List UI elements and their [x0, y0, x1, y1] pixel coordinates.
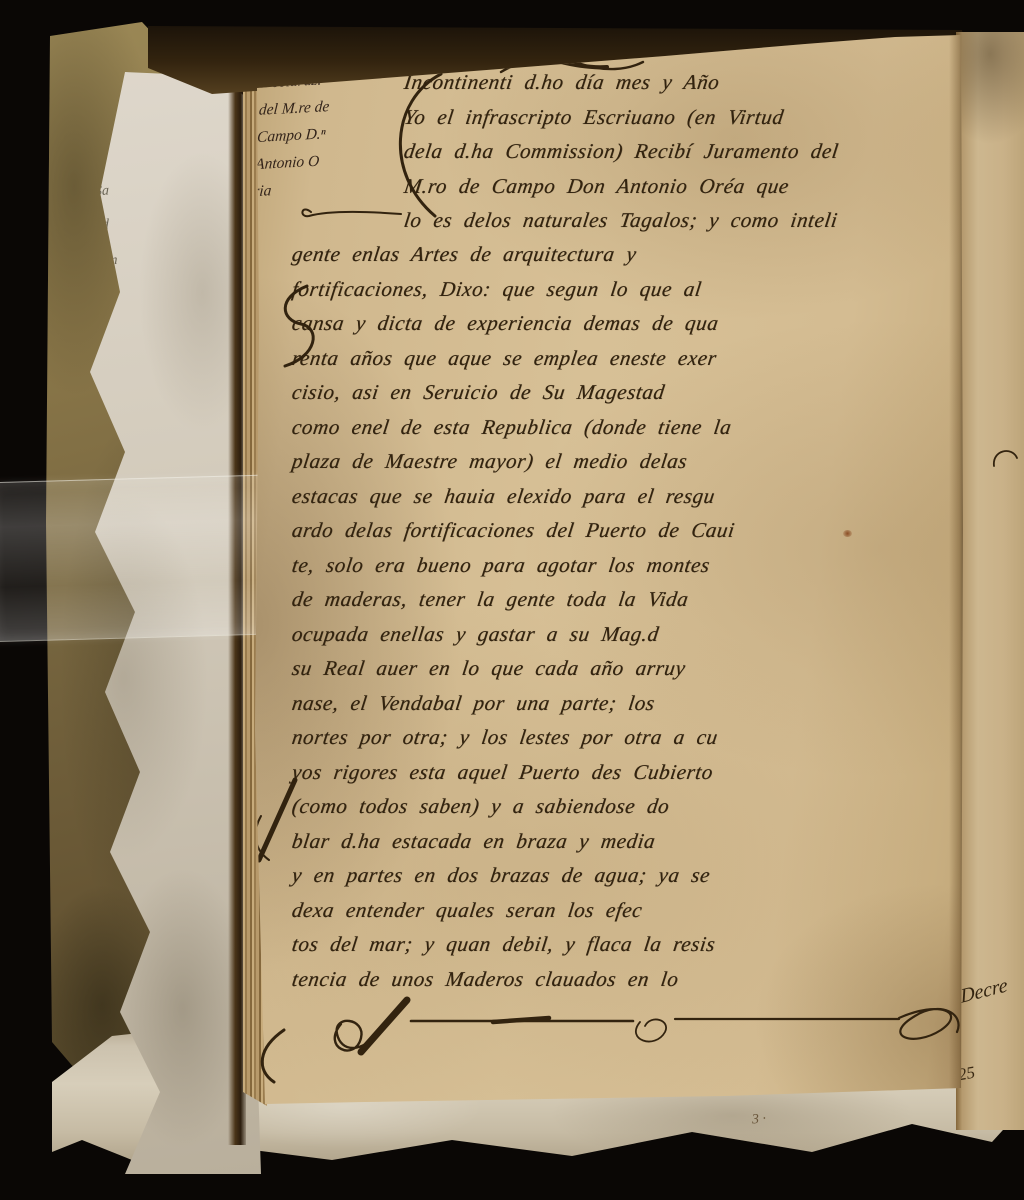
manuscript-opening: Incontinenti d.ho día mes y AñoYo el inf… [401, 70, 953, 243]
manuscript-line: te, solo era bueno para agotar los monte… [289, 553, 958, 588]
manuscript-line: ardo delas fortificaciones del Puerto de… [289, 518, 958, 553]
manuscript-line: y en partes en dos brazas de agua; ya se [289, 863, 958, 898]
manuscript-line: gente enlas Artes de arquitectura y [289, 242, 958, 277]
facing-page-word: Decre [960, 974, 1009, 1009]
manuscript-line: ocupada enellas y gastar a su Mag.d [289, 622, 958, 657]
manuscript-line: nase, el Vendabal por una parte; los [289, 691, 958, 726]
manuscript-line: lo es delos naturales Tagalos; y como in… [401, 208, 958, 243]
under-page-curl-flourish [250, 1026, 290, 1088]
manuscript-line: estacas que se hauia elexido para el res… [289, 484, 958, 519]
facing-page-edge: Decre 25 [956, 32, 1024, 1130]
manuscript-line: plaza de Maestre mayor) el medio delas [289, 449, 958, 484]
manuscript-photo: 3 · Sa Ied a Sn Decre 25 Declaraz.ⁿdel M… [0, 0, 1024, 1200]
manuscript-line: cansa y dicta de experiencia demas de qu… [289, 311, 958, 346]
manuscript-line: cisio, asi en Seruicio de Su Magestad [289, 380, 958, 415]
manuscript-body: gente enlas Artes de arquitectura yforti… [289, 242, 953, 1001]
manuscript-line: (como todos saben) y a sabiendose do [289, 794, 958, 829]
ink-curl-flourish [990, 444, 1020, 472]
manuscript-line: su Real auer en lo que cada año arruy [289, 656, 958, 691]
manuscript-line: dela d.ha Commission) Recibí Juramento d… [401, 139, 958, 174]
manuscript-line: M.ro de Campo Don Antonio Oréa que [401, 174, 958, 209]
manuscript-line: yos rigores esta aquel Puerto des Cubier… [289, 760, 958, 795]
manuscript-line: de maderas, tener la gente toda la Vida [289, 587, 958, 622]
manuscript-line: fortificaciones, Dixo: que segun lo que … [289, 277, 958, 312]
manuscript-line: renta años que aque se emplea eneste exe… [289, 346, 958, 381]
main-page: Declaraz.ⁿdel M.re deCampo D.ⁿAntonio Or… [245, 30, 965, 1110]
manuscript-line: tos del mar; y quan debil, y flaca la re… [289, 932, 958, 967]
manuscript-line: Yo el infrascripto Escriuano (en Virtud [401, 105, 958, 140]
manuscript-line: Incontinenti d.ho día mes y Año [401, 70, 958, 105]
manuscript-line: como enel de esta Republica (donde tiene… [289, 415, 958, 450]
clear-film-strip [0, 474, 296, 642]
manuscript-line: nortes por otra; y los lestes por otra a… [289, 725, 958, 760]
under-page-mark: 3 · [751, 1112, 766, 1129]
manuscript-line: dexa entender quales seran los efec [289, 898, 958, 933]
manuscript-line: blar d.ha estacada en braza y media [289, 829, 958, 864]
end-rule-flourish [303, 988, 973, 1078]
